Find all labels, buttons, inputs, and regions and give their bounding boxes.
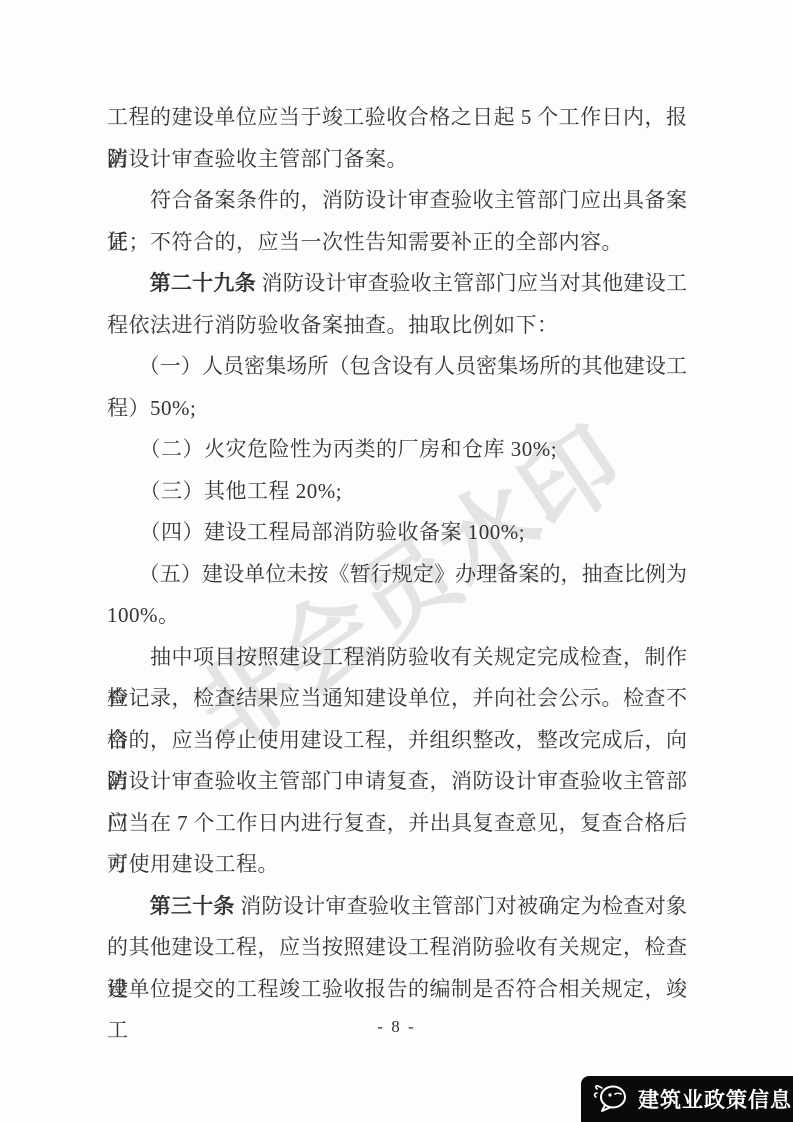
- chat-bubble-logo-icon: [593, 1083, 629, 1115]
- text-line: 设单位提交的工程竣工验收报告的编制是否符合相关规定，竣工: [107, 969, 687, 1011]
- text-line: 的其他建设工程，应当按照建设工程消防验收有关规定，检查建: [107, 927, 687, 969]
- text-line-article-29: 第二十九条 消防设计审查验收主管部门应当对其他建设工: [107, 263, 687, 305]
- article-number: 第二十九条: [107, 271, 256, 295]
- text-line: 防设计审查验收主管部门备案。: [107, 139, 687, 181]
- footer-brand-badge[interactable]: 建筑业政策信息: [581, 1076, 793, 1122]
- text-line: （四）建设工程局部消防验收备案 100%;: [107, 512, 687, 554]
- text-line: 工程的建设单位应当于竣工验收合格之日起 5 个工作日内，报消: [107, 97, 687, 139]
- text-line: （一）人员密集场所（包含设有人员密集场所的其他建设工: [107, 346, 687, 388]
- text-line: 程依法进行消防验收备案抽查。抽取比例如下：: [107, 305, 687, 347]
- document-body: 工程的建设单位应当于竣工验收合格之日起 5 个工作日内，报消 防设计审查验收主管…: [107, 97, 687, 1010]
- text-line: 100%。: [107, 595, 687, 637]
- text-line: 可使用建设工程。: [107, 844, 687, 886]
- document-page: 非会员水印 工程的建设单位应当于竣工验收合格之日起 5 个工作日内，报消 防设计…: [0, 0, 793, 1122]
- text-line: 查记录，检查结果应当通知建设单位，并向社会公示。检查不合: [107, 678, 687, 720]
- text-line: 符合备案条件的，消防设计审查验收主管部门应出具备案凭: [107, 180, 687, 222]
- text-line: （二）火灾危险性为丙类的厂房和仓库 30%;: [107, 429, 687, 471]
- text-line: 防设计审查验收主管部门申请复查，消防设计审查验收主管部门: [107, 761, 687, 803]
- text-line: （三）其他工程 20%;: [107, 471, 687, 513]
- text-line: （五）建设单位未按《暂行规定》办理备案的，抽查比例为: [107, 554, 687, 596]
- text-line-article-30: 第三十条 消防设计审查验收主管部门对被确定为检查对象: [107, 886, 687, 928]
- text-line: 抽中项目按照建设工程消防验收有关规定完成检查，制作检: [107, 637, 687, 679]
- text-line: 应当在 7 个工作日内进行复查，并出具复查意见，复查合格后方: [107, 803, 687, 845]
- text-line: 程）50%;: [107, 388, 687, 430]
- footer-brand-name: 建筑业政策信息: [638, 1084, 792, 1114]
- page-number: - 8 -: [0, 1017, 793, 1037]
- text-line: 证；不符合的，应当一次性告知需要补正的全部内容。: [107, 222, 687, 264]
- text-line: 格的，应当停止使用建设工程，并组织整改，整改完成后，向消: [107, 720, 687, 762]
- article-number: 第三十条: [107, 894, 235, 918]
